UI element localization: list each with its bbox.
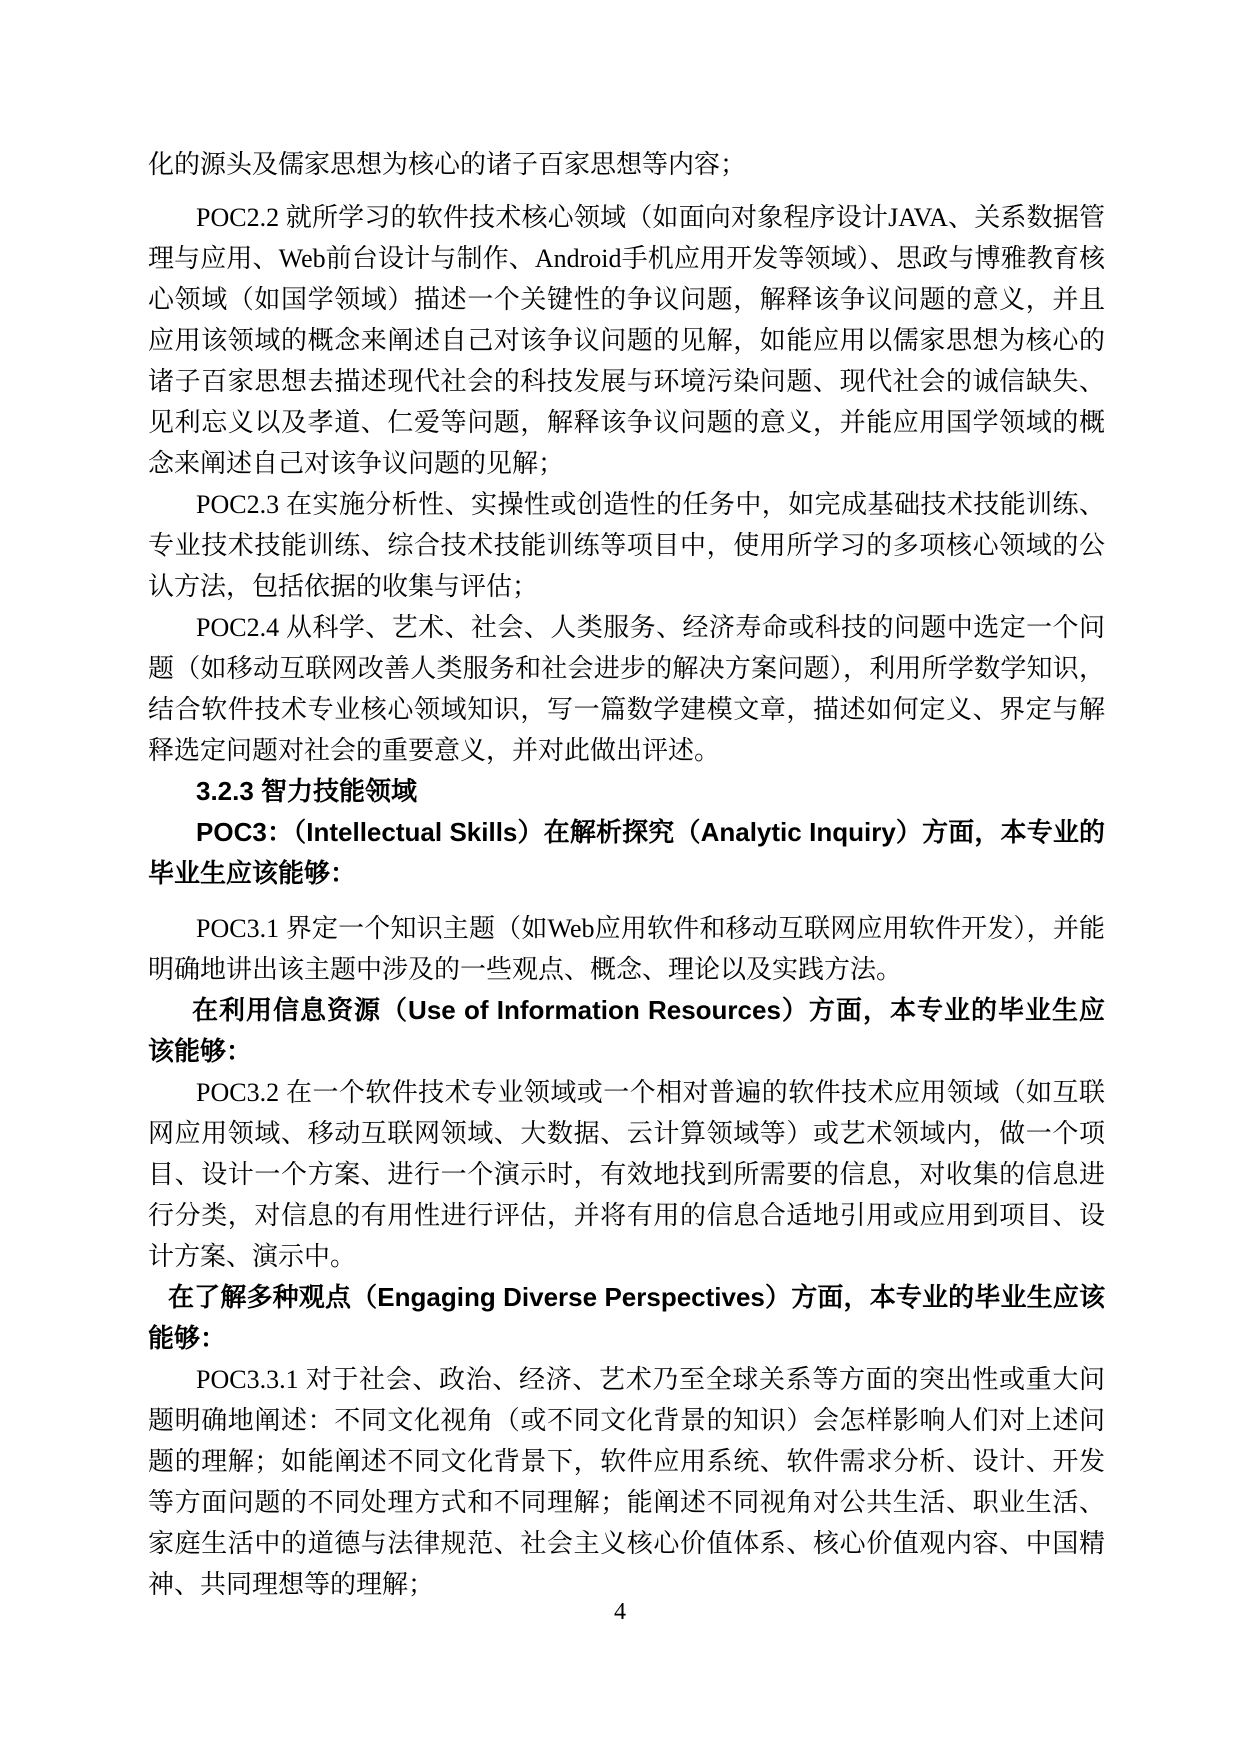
paragraph-poc2-2: POC2.2 就所学习的软件技术核心领域（如面向对象程序设计JAVA、关系数据管… [148, 197, 1105, 484]
heading-use-of-information-resources: 在利用信息资源（Use of Information Resources）方面，… [148, 990, 1105, 1072]
paragraph-poc3-2: POC3.2 在一个软件技术专业领域或一个相对普遍的软件技术应用领域（如互联网应… [148, 1072, 1105, 1277]
document-page: 化的源头及儒家思想为核心的诸子百家思想等内容； POC2.2 就所学习的软件技术… [0, 0, 1240, 1754]
page-number: 4 [614, 1599, 626, 1625]
paragraph-poc3-3-1: POC3.3.1 对于社会、政治、经济、艺术乃至全球关系等方面的突出性或重大问题… [148, 1359, 1105, 1605]
paragraph-intro-continuation: 化的源头及儒家思想为核心的诸子百家思想等内容； [148, 144, 1105, 185]
page-footer: 4 [0, 1597, 1240, 1627]
paragraph-poc2-4: POC2.4 从科学、艺术、社会、人类服务、经济寿命或科技的问题中选定一个问题（… [148, 607, 1105, 771]
paragraph-poc3-1: POC3.1 界定一个知识主题（如Web应用软件和移动互联网应用软件开发），并能… [148, 908, 1105, 990]
heading-engaging-diverse-perspectives: 在了解多种观点（Engaging Diverse Perspectives）方面… [148, 1277, 1105, 1359]
document-body: 化的源头及儒家思想为核心的诸子百家思想等内容； POC2.2 就所学习的软件技术… [148, 144, 1105, 1605]
heading-section-3-2-3: 3.2.3 智力技能领域 [148, 771, 1105, 812]
paragraph-poc2-3: POC2.3 在实施分析性、实操性或创造性的任务中，如完成基础技术技能训练、专业… [148, 484, 1105, 607]
paragraph-poc3-intro: POC3：（Intellectual Skills）在解析探究（Analytic… [148, 812, 1105, 894]
